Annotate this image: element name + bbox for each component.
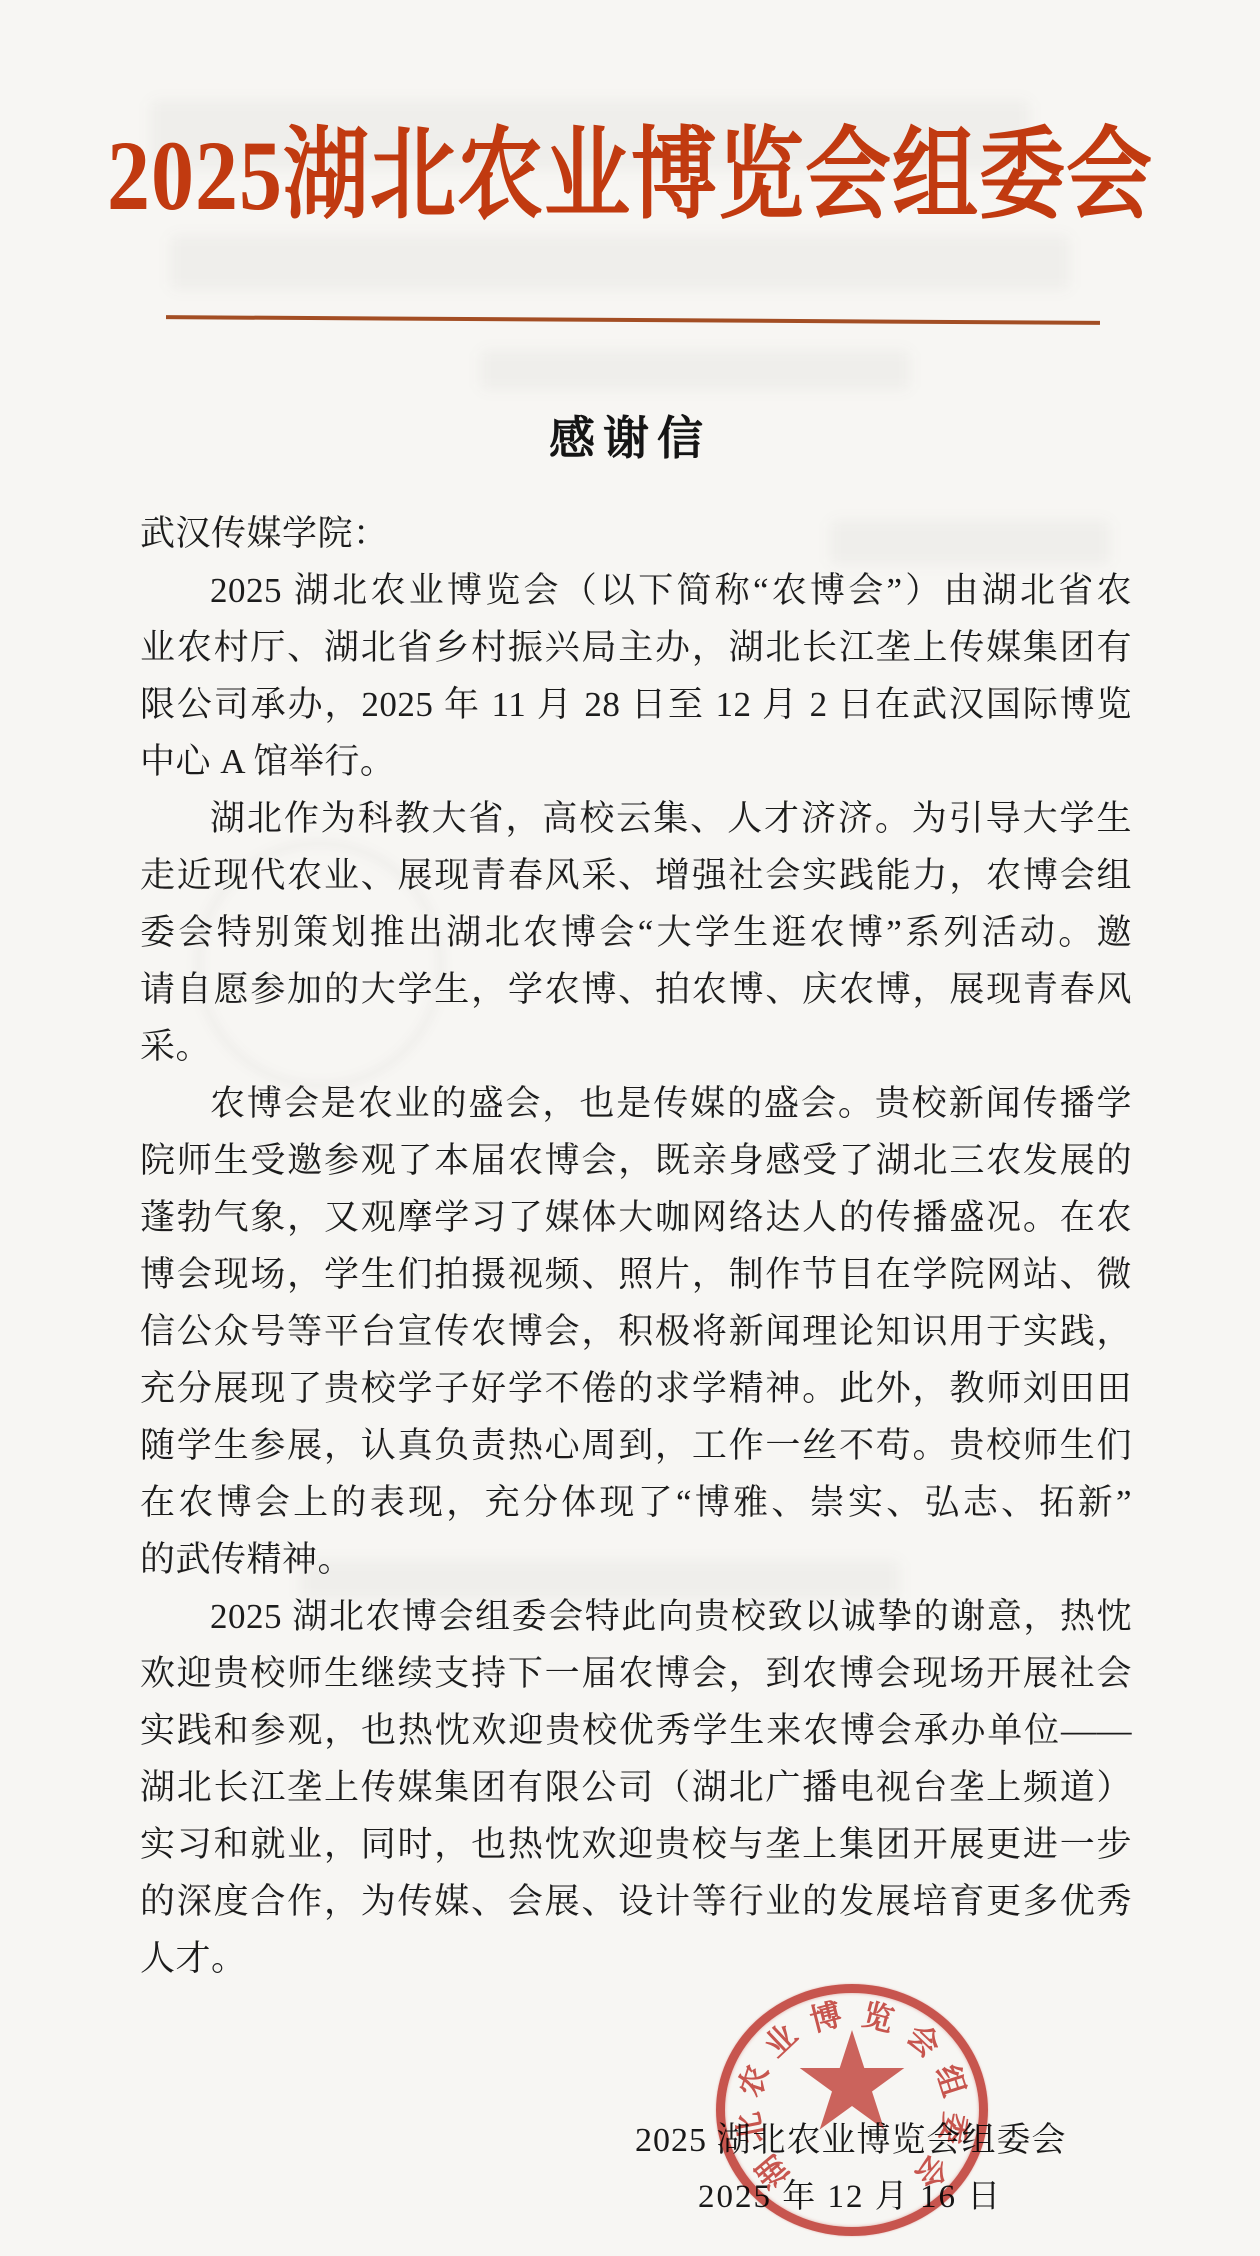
body-line: 湖北长江垄上传媒集团有限公司（湖北广播电视台垄上频道） [140, 1759, 1132, 1816]
body-line: 实习和就业，同时，也热忱欢迎贵校与垄上集团开展更进一步 [140, 1816, 1132, 1873]
bleed-through-patch [170, 235, 1070, 290]
body-line: 院师生受邀参观了本届农博会，既亲身感受了湖北三农发展的 [140, 1132, 1132, 1189]
body-line: 充分展现了贵校学子好学不倦的求学精神。此外，教师刘田田 [140, 1360, 1132, 1417]
official-seal: 湖北农业博览会组委会 [716, 1984, 988, 2236]
body-line: 湖北作为科教大省，高校云集、人才济济。为引导大学生 [140, 790, 1132, 847]
letterhead-rule [166, 315, 1100, 325]
body-line: 采。 [140, 1018, 1132, 1075]
seal-star-icon [794, 2029, 910, 2141]
body-line: 博会现场，学生们拍摄视频、照片，制作节目在学院网站、微 [140, 1246, 1132, 1303]
body-line: 人才。 [140, 1930, 1132, 1987]
body-line: 2025 湖北农业博览会（以下简称“农博会”）由湖北省农 [140, 562, 1132, 619]
body-line: 随学生参展，认真负责热心周到，工作一丝不苟。贵校师生们 [140, 1417, 1132, 1474]
body-line: 蓬勃气象，又观摩学习了媒体大咖网络达人的传播盛况。在农 [140, 1189, 1132, 1246]
body-line: 欢迎贵校师生继续支持下一届农博会，到农博会现场开展社会 [140, 1645, 1132, 1702]
body-line: 走近现代农业、展现青春风采、增强社会实践能力，农博会组 [140, 847, 1132, 904]
body-line: 限公司承办，2025 年 11 月 28 日至 12 月 2 日在武汉国际博览 [140, 676, 1132, 733]
scanned-letter-page: 2025湖北农业博览会组委会 感谢信 武汉传媒学院： 2025 湖北农业博览会（… [0, 0, 1260, 2256]
bleed-through-patch [480, 350, 910, 390]
body-line: 农博会是农业的盛会，也是传媒的盛会。贵校新闻传播学 [140, 1075, 1132, 1132]
body-line: 在农博会上的表现，充分体现了“博雅、崇实、弘志、拓新” [140, 1474, 1132, 1531]
body-line: 的深度合作，为传媒、会展、设计等行业的发展培育更多优秀 [140, 1873, 1132, 1930]
letter-body: 武汉传媒学院： 2025 湖北农业博览会（以下简称“农博会”）由湖北省农 业农村… [140, 505, 1132, 1987]
body-line: 信公众号等平台宣传农博会，积极将新闻理论知识用于实践， [140, 1303, 1132, 1360]
letterhead-title: 2025湖北农业博览会组委会 [0, 94, 1260, 238]
body-line: 的武传精神。 [140, 1531, 1132, 1588]
seal-ring-char: 委 [932, 2107, 974, 2149]
seal-ring-char: 北 [730, 2107, 772, 2149]
body-line: 委会特别策划推出湖北农博会“大学生逛农博”系列活动。邀 [140, 904, 1132, 961]
body-line: 中心 A 馆举行。 [140, 733, 1132, 790]
body-line: 实践和参观，也热忱欢迎贵校优秀学生来农博会承办单位—— [140, 1702, 1132, 1759]
salutation-line: 武汉传媒学院： [140, 505, 1132, 562]
body-line: 请自愿参加的大学生，学农博、拍农博、庆农博，展现青春风 [140, 961, 1132, 1018]
body-line: 业农村厅、湖北省乡村振兴局主办，湖北长江垄上传媒集团有 [140, 619, 1132, 676]
letter-title: 感谢信 [0, 402, 1260, 468]
body-line: 2025 湖北农博会组委会特此向贵校致以诚挚的谢意，热忱 [140, 1588, 1132, 1645]
